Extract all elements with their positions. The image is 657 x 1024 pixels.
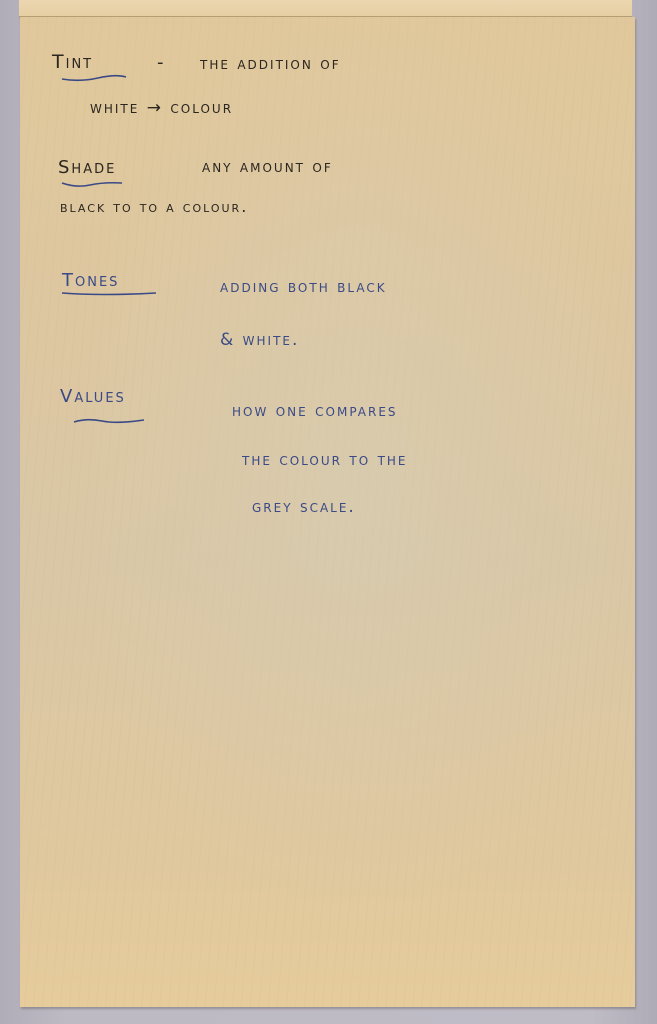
values-definition-line-1: how one compares bbox=[232, 401, 398, 421]
term-values: Values bbox=[60, 386, 126, 407]
values-definition-line-3: grey scale. bbox=[252, 497, 356, 517]
tones-definition-line-1: adding both black bbox=[220, 277, 387, 297]
term-tint: Tint bbox=[52, 51, 93, 73]
term-values-underline bbox=[72, 417, 152, 423]
notepad-binding-edge bbox=[19, 0, 632, 17]
tint-definition-line-2: white → colour bbox=[90, 98, 233, 118]
term-shade-underline bbox=[60, 180, 130, 186]
tint-separator: - bbox=[157, 52, 166, 73]
term-tones: Tones bbox=[62, 270, 119, 291]
tones-definition-line-2: & white. bbox=[220, 330, 299, 350]
values-definition-line-2: the colour to the bbox=[242, 450, 408, 470]
term-tones-underline bbox=[60, 290, 160, 296]
notepad-page: Tint - the addition of white → colour Sh… bbox=[20, 17, 635, 1007]
shade-definition-line-1: any amount of bbox=[202, 157, 333, 177]
term-tint-underline bbox=[60, 74, 130, 80]
shade-definition-line-2: black to to a colour. bbox=[60, 197, 248, 216]
tint-definition-line-1: the addition of bbox=[200, 54, 341, 74]
term-shade: Shade bbox=[58, 157, 116, 178]
